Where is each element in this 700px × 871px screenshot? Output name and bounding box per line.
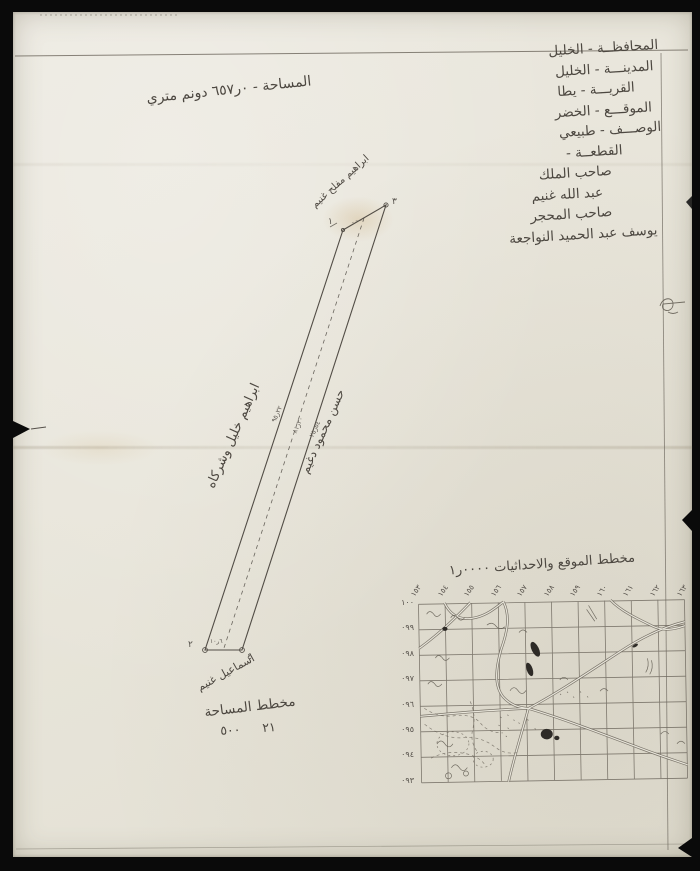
map-col-label: ١٥٩ xyxy=(568,583,583,598)
bottom-edge-measure: ٦ر١٠ xyxy=(210,638,223,646)
map-row-label: ٠٩٧ xyxy=(401,674,414,684)
map-row-label: ٠٩٤ xyxy=(401,750,414,760)
doodle-scribble xyxy=(660,299,685,314)
site-map-col-labels: ١٥٣١٥٤١٥٥١٥٦١٥٧١٥٨١٥٩١٦٠١٦١١٦٢١٦٣ xyxy=(410,584,696,602)
map-col-label: ١٦٠ xyxy=(595,583,610,598)
map-col-label: ١٥٦ xyxy=(488,583,503,598)
map-row-label: ٠٩٩ xyxy=(401,623,414,633)
map-row-label: ٠٩٥ xyxy=(401,725,414,735)
tear-marks xyxy=(13,196,692,857)
map-col-label: ١٥٨ xyxy=(541,583,556,598)
map-col-label: ١٦١ xyxy=(621,583,636,598)
map-col-label: ١٦٢ xyxy=(648,583,663,598)
header-fields-block: المحافظــة - الخليلالمدينـــة - الخليلال… xyxy=(414,35,674,255)
map-col-label: ١٥٣ xyxy=(409,583,424,598)
map-row-label: ٠٩٣ xyxy=(401,776,414,786)
map-col-label: ١٥٥ xyxy=(462,583,477,598)
map-col-label: ١٥٧ xyxy=(515,583,530,598)
map-col-label: ١٦٣ xyxy=(674,583,689,598)
scan-background: { "document": { "area_note": "المساحة - … xyxy=(0,0,700,871)
vertex-label-3: ٣ xyxy=(392,197,397,208)
map-row-label: ٠٩٨ xyxy=(401,649,414,659)
map-row-label: ٠٩٦ xyxy=(401,700,414,710)
site-map-grid xyxy=(418,599,687,783)
vertex-label-4: ٤ xyxy=(247,652,252,663)
map-col-label: ١٥٤ xyxy=(435,583,450,598)
site-map-row-labels: ١٠٠٠٩٩٠٩٨٠٩٧٠٩٦٠٩٥٠٩٤٠٩٣ xyxy=(394,598,416,798)
vertex-label-2: ٢ xyxy=(188,640,193,651)
vertex-label-1: ١ xyxy=(328,217,333,228)
